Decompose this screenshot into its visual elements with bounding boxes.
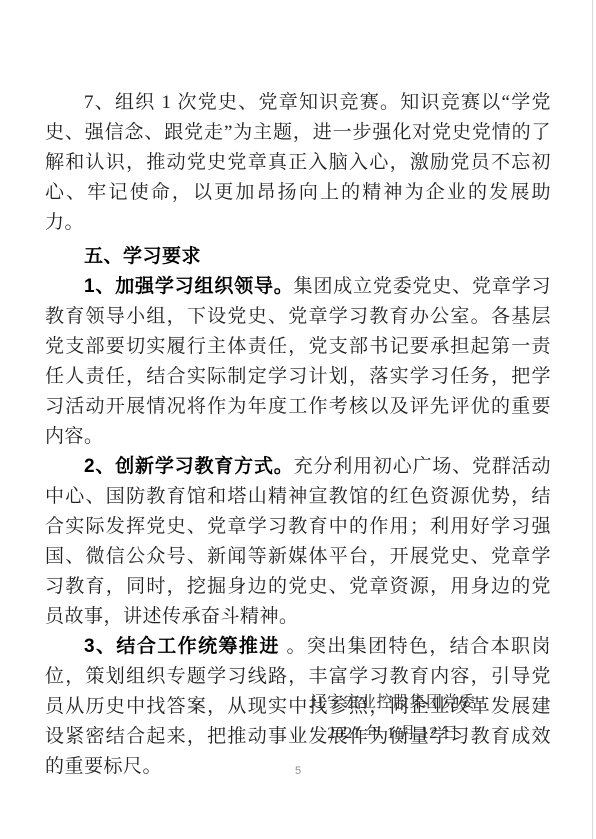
- document-page: 7、组织 1 次党史、党章知识竞赛。知识竞赛以“学党史、强信念、跟党走”为主题，…: [0, 0, 596, 839]
- paragraph-knowledge-contest: 7、组织 1 次党史、党章知识竞赛。知识竞赛以“学党史、强信念、跟党走”为主题，…: [45, 88, 551, 238]
- page-right-edge-line: [592, 0, 593, 839]
- document-body: 7、组织 1 次党史、党章知识竞赛。知识竞赛以“学党史、强信念、跟党走”为主题，…: [45, 88, 551, 782]
- paragraph-item-2-text: 充分利用初心广场、党群活动中心、国防教育馆和塔山精神宣教馆的红色资源优势，结合实…: [45, 456, 551, 627]
- paragraph-item-3-lead: 3、结合工作统筹推进: [84, 636, 286, 657]
- section-heading-study-requirements: 五、学习要求: [45, 242, 551, 272]
- signature-date: 2021 年 1 月 12 日: [243, 718, 543, 749]
- paragraph-item-1-text: 集团成立党委党史、党章学习教育领导小组，下设党史、党章学习教育办公室。各基层党支…: [45, 276, 551, 447]
- paragraph-item-1: 1、加强学习组织领导。集团成立党委党史、党章学习教育领导小组，下设党史、党章学习…: [45, 272, 551, 452]
- signature-organization: 辽宁宏业控股集团党委: [243, 687, 543, 718]
- paragraph-item-2-lead: 2、创新学习教育方式。: [84, 456, 294, 477]
- paragraph-item-2: 2、创新学习教育方式。充分利用初心广场、党群活动中心、国防教育馆和塔山精神宣教馆…: [45, 452, 551, 632]
- signature-block: 辽宁宏业控股集团党委 2021 年 1 月 12 日: [243, 687, 543, 749]
- paragraph-item-1-lead: 1、加强学习组织领导。: [84, 276, 294, 297]
- page-number: 5: [0, 764, 596, 778]
